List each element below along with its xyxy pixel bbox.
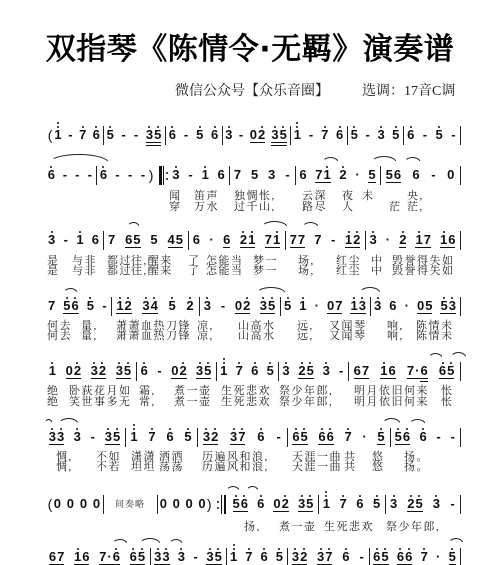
octave-dot-icon	[205, 428, 207, 430]
slur-arc	[261, 221, 288, 228]
beam-group: 66	[318, 430, 333, 445]
octave-dot-icon	[187, 428, 189, 430]
note: 6	[419, 430, 426, 444]
bar-line	[385, 495, 386, 514]
beam-group: 67	[354, 364, 369, 379]
beam-group: 32	[292, 550, 307, 565]
rest: 0	[80, 497, 87, 511]
note: 5	[204, 364, 211, 378]
measure: 6---)	[96, 168, 158, 182]
bar-line	[150, 548, 151, 565]
augmentation-dot: ·	[315, 299, 319, 313]
note: 3	[433, 497, 440, 511]
bar-line	[197, 428, 198, 447]
beam-group: 16	[380, 364, 395, 379]
beam-group: 07	[327, 299, 342, 314]
lyric-segment: 祭少年郎,	[279, 396, 333, 408]
lyric-segment: 不若	[96, 461, 121, 473]
measure: (1-76	[44, 128, 103, 142]
bar-line	[460, 166, 461, 185]
measure: (0000	[44, 497, 103, 511]
octave-dot-icon	[309, 362, 311, 364]
beam-group: 37	[317, 550, 332, 565]
note: 7	[345, 430, 352, 444]
measure: 123452	[111, 299, 199, 313]
octave-dot-icon	[372, 231, 374, 233]
octave-dot-icon	[326, 166, 328, 168]
lyric-segment: 场,	[298, 265, 315, 277]
bar-line	[165, 126, 166, 145]
octave-dot-icon	[209, 548, 211, 550]
beam-group: 33	[49, 430, 64, 445]
close-paren: )	[148, 168, 154, 182]
octave-dot-icon	[443, 297, 445, 299]
note: 2	[339, 168, 346, 182]
octave-dot-icon	[109, 126, 111, 128]
note: 3	[48, 233, 55, 247]
note: 1	[273, 233, 280, 247]
beam-group: 77	[290, 233, 305, 248]
note: 3	[230, 430, 237, 444]
note: 5	[368, 168, 375, 182]
bar-line	[188, 231, 189, 250]
slur-arc	[302, 222, 319, 228]
note: 2	[240, 233, 247, 247]
note: 6	[211, 128, 218, 142]
lyric-segment: 茫	[389, 201, 402, 213]
note: 7	[407, 364, 414, 378]
octave-dot-icon	[143, 362, 145, 364]
beam-group: 35	[116, 364, 131, 379]
note: 7	[57, 550, 64, 564]
dash: -	[193, 550, 198, 564]
lyric-segment: 与非	[72, 265, 97, 277]
rest: 0	[273, 497, 280, 511]
note: 3	[74, 430, 81, 444]
note: 1	[76, 233, 83, 247]
note: 2	[282, 497, 289, 511]
octave-dot-icon	[320, 548, 322, 550]
octave-dot-icon	[50, 166, 52, 168]
note: 5	[169, 299, 176, 313]
note: 6	[49, 550, 56, 564]
measure: 6---	[44, 168, 96, 182]
octave-dot-icon	[51, 362, 53, 364]
note: 6	[354, 364, 361, 378]
note: 3	[282, 364, 289, 378]
octave-dot-icon	[77, 548, 79, 550]
lyric-segment: 祭少年郎,	[386, 521, 440, 533]
beam-group: 02	[273, 497, 288, 512]
augmentation-dot: ·	[355, 168, 359, 182]
rest: 0	[417, 299, 424, 313]
bar-line	[285, 231, 286, 250]
dash: -	[87, 168, 92, 182]
octave-dot-icon	[57, 122, 59, 124]
octave-dot-icon	[356, 231, 358, 233]
octave-dot-icon	[141, 548, 143, 550]
lyric-segment: 穿	[169, 201, 182, 213]
note: 1	[130, 430, 137, 444]
note: 6	[407, 128, 414, 142]
note: 3	[268, 168, 275, 182]
beam-group: 65	[292, 430, 307, 445]
lyric-segment: 荡荡	[159, 461, 184, 473]
lyric-segment: 生死悲欢	[221, 396, 271, 408]
measure: 32376-	[287, 550, 369, 564]
note: 1	[440, 233, 447, 247]
augmentation-dot: ·	[386, 233, 390, 247]
rest: 0	[160, 497, 167, 511]
note: 7	[314, 233, 321, 247]
note: 1	[202, 168, 209, 182]
octave-dot-icon	[260, 495, 262, 497]
note: 5	[306, 497, 313, 511]
note: 5	[381, 550, 388, 564]
note: 3	[260, 299, 267, 313]
octave-dot-icon	[228, 126, 230, 128]
measure: 566--	[390, 430, 460, 444]
octave-dot-icon	[66, 297, 68, 299]
octave-dot-icon	[246, 297, 248, 299]
rest: 0	[447, 168, 454, 182]
slur-arc	[44, 419, 53, 425]
lyric-segment: 山高水	[238, 330, 276, 342]
measure: 3-16	[44, 233, 103, 247]
octave-dot-icon	[127, 297, 129, 299]
note: 7	[325, 550, 332, 564]
octave-dot-icon	[353, 297, 355, 299]
octave-dot-icon	[180, 548, 182, 550]
bar-line	[199, 297, 200, 316]
note: 3	[162, 550, 169, 564]
note: 6	[373, 550, 380, 564]
lyric-segment: 梦一	[253, 265, 278, 277]
note: 6	[113, 550, 120, 564]
lyric-segment: 陈情未	[416, 330, 454, 342]
dash: -	[239, 128, 244, 142]
rest: 0	[54, 497, 61, 511]
measure: 1765	[318, 497, 385, 511]
sheet-music-page: 双指琴《陈情令·无羁》演奏谱 微信公众号【众乐音圈】 选调：17音C调 (1-7…	[0, 0, 500, 565]
octave-dot-icon	[127, 362, 129, 364]
beam-group: 56	[63, 299, 78, 314]
note: 3	[203, 430, 210, 444]
octave-dot-icon	[263, 548, 265, 550]
note: 3	[359, 299, 366, 313]
octave-dot-icon	[302, 297, 304, 299]
note: 5	[395, 430, 402, 444]
measure: 间奏略	[103, 497, 157, 511]
octave-dot-icon	[119, 297, 121, 299]
rest: 0	[67, 497, 74, 511]
octave-dot-icon	[115, 548, 117, 550]
note: 5	[87, 299, 94, 313]
note: 6	[397, 550, 404, 564]
bar-line	[390, 428, 391, 447]
bar-line	[103, 231, 104, 250]
octave-dot-icon	[274, 126, 276, 128]
note: 1	[116, 299, 123, 313]
octave-dot-icon	[296, 126, 298, 128]
note: 5	[436, 128, 443, 142]
close-paren: )	[206, 497, 212, 511]
octave-dot-icon	[235, 495, 237, 497]
measure: 6-0235	[136, 364, 216, 378]
note: 3	[374, 299, 381, 313]
note: 6	[261, 550, 268, 564]
note: 6	[100, 168, 107, 182]
octave-dot-icon	[102, 166, 104, 168]
note: 4	[168, 233, 175, 247]
rest: 0	[250, 128, 257, 142]
measure: 3253-	[278, 364, 348, 378]
note: 3	[225, 128, 232, 142]
note: 5	[280, 128, 287, 142]
octave-dot-icon	[157, 548, 159, 550]
lyric-segment: 扬。	[404, 461, 429, 473]
dash: -	[331, 233, 336, 247]
octave-dot-icon	[153, 297, 155, 299]
dash: -	[134, 128, 139, 142]
note: 6	[403, 430, 410, 444]
interlude-label: 间奏略	[115, 499, 145, 509]
rest: 0	[173, 497, 180, 511]
lyric-segment: 茫,	[407, 201, 424, 213]
note: 3	[154, 550, 161, 564]
note: 5	[184, 430, 191, 444]
rest: 0	[235, 299, 242, 313]
repeat-dot-icon	[217, 507, 219, 509]
lyric-segment: 都过	[107, 265, 132, 277]
note: 7	[108, 233, 115, 247]
octave-dot-icon	[204, 166, 206, 168]
note: 6	[356, 497, 363, 511]
octave-dot-icon	[342, 495, 344, 497]
octave-dot-icon	[423, 548, 425, 550]
octave-dot-icon	[118, 362, 120, 364]
octave-dot-icon	[145, 297, 147, 299]
octave-dot-icon	[89, 297, 91, 299]
dash: -	[75, 168, 80, 182]
bar-line	[460, 428, 461, 447]
lyric-segment: 人	[342, 201, 355, 213]
note: 3	[292, 550, 299, 564]
beam-group: 53	[440, 299, 455, 314]
beam-group: 35	[206, 550, 221, 565]
dash: -	[450, 497, 455, 511]
note: 2	[399, 233, 406, 247]
octave-dot-icon	[384, 548, 386, 550]
octave-dot-icon	[408, 548, 410, 550]
note: 5	[276, 550, 283, 564]
beam-group: 5	[368, 168, 375, 183]
lyric-segment: 中	[371, 265, 384, 277]
octave-dot-icon	[276, 231, 278, 233]
measure: 67167·665	[348, 364, 460, 378]
note: 1	[415, 233, 422, 247]
note: 6	[125, 233, 132, 247]
beam-group: 67	[49, 550, 64, 565]
slur-arc	[359, 287, 381, 294]
beam-group: 35	[271, 128, 286, 143]
note: 7	[48, 299, 55, 313]
note: 3	[105, 430, 112, 444]
octave-dot-icon	[376, 548, 378, 550]
measure: 0000)	[157, 497, 215, 511]
note: 6	[388, 364, 395, 378]
slur-arc	[49, 154, 109, 163]
note: 6	[394, 168, 401, 182]
note: 6	[420, 364, 427, 378]
octave-dot-icon	[57, 126, 59, 128]
octave-dot-icon	[223, 362, 225, 364]
note: 5	[386, 168, 393, 182]
dash: -	[102, 299, 107, 313]
beam-group: 56	[233, 497, 248, 512]
octave-dot-icon	[214, 126, 216, 128]
beam-group: 56	[395, 430, 410, 445]
slur-arc	[226, 486, 240, 492]
beam-group: 35	[105, 430, 120, 445]
beam-group: 35	[298, 497, 313, 512]
note: 5	[373, 497, 380, 511]
beam-group: 65	[373, 550, 388, 565]
beam-group: 33	[154, 550, 169, 565]
octave-dot-icon	[171, 126, 173, 128]
octave-dot-icon	[93, 362, 95, 364]
lyric-segment: 过千山,	[234, 201, 276, 213]
bar-line	[278, 362, 279, 381]
measure: 777-12	[285, 233, 365, 247]
slur-arc	[246, 486, 259, 492]
augmentation-dot: ·	[436, 550, 440, 564]
octave-dot-icon	[303, 428, 305, 430]
note: 7	[424, 233, 431, 247]
note: 1	[294, 128, 301, 142]
repeat-dot-icon	[217, 501, 219, 503]
measure: 6712·5	[295, 168, 380, 182]
measure: 1765	[125, 430, 197, 444]
octave-dot-icon	[380, 428, 382, 430]
dash: -	[220, 299, 225, 313]
note: 3	[271, 128, 278, 142]
note: 3	[196, 364, 203, 378]
note: 5	[150, 233, 157, 247]
lyric-segment: 怅	[441, 396, 454, 408]
bar-line	[280, 297, 281, 316]
beam-group: 66	[397, 550, 412, 565]
slur-arc	[382, 418, 401, 425]
note: 5	[425, 299, 432, 313]
note: 3	[178, 550, 185, 564]
repeat-dot-icon	[166, 172, 168, 174]
dash: -	[422, 128, 427, 142]
note: 3	[390, 497, 397, 511]
lyric-segment: 怎能当	[206, 265, 244, 277]
lyric-segment: 浪,	[252, 461, 269, 473]
note: 2	[186, 299, 193, 313]
augmentation-dot: ·	[362, 430, 366, 444]
note: 2	[407, 497, 414, 511]
thin-bar-line	[221, 495, 222, 514]
octave-dot-icon	[243, 495, 245, 497]
beam-group: 05	[417, 299, 432, 314]
note: 3	[378, 128, 385, 142]
octave-dot-icon	[199, 362, 201, 364]
note: 3	[57, 430, 64, 444]
beam-group: 02	[66, 364, 81, 379]
octave-dot-icon	[301, 362, 303, 364]
note: 7	[245, 550, 252, 564]
measure: 1765	[226, 550, 287, 564]
note: 2	[298, 364, 305, 378]
octave-dot-icon	[95, 126, 97, 128]
note: 6	[141, 364, 148, 378]
dash: -	[140, 168, 145, 182]
beam-group: 34	[142, 299, 157, 314]
octave-dot-icon	[377, 297, 379, 299]
augmentation-dot: ·	[107, 550, 111, 564]
note: 1	[74, 550, 81, 564]
octave-dot-icon	[79, 231, 81, 233]
augmentation-dot: ·	[209, 233, 213, 247]
note: 1	[350, 299, 357, 313]
note: 1	[380, 364, 387, 378]
note: 1	[323, 497, 330, 511]
dash: -	[184, 128, 189, 142]
octave-dot-icon	[325, 491, 327, 493]
octave-dot-icon	[418, 495, 420, 497]
measure: 3253-	[385, 497, 460, 511]
measure: 1023235	[44, 364, 136, 378]
thin-bar-line	[163, 166, 164, 185]
octave-dot-icon	[101, 362, 103, 364]
beam-group: 6	[223, 233, 230, 248]
lyric-segment: 绝	[47, 396, 60, 408]
bar-line	[287, 548, 288, 565]
bar-line	[295, 166, 296, 185]
dash: -	[62, 168, 67, 182]
note: 4	[151, 299, 158, 313]
octave-dot-icon	[269, 362, 271, 364]
note: 6	[412, 168, 419, 182]
dash: -	[128, 168, 133, 182]
note: 6	[405, 550, 412, 564]
repeat-dot-icon	[166, 178, 168, 180]
octave-dot-icon	[451, 297, 453, 299]
lyric-segment: 明月依旧何来	[354, 396, 429, 408]
lyric-segment: 悠	[372, 461, 385, 473]
note: 2	[74, 364, 81, 378]
octave-dot-icon	[157, 126, 159, 128]
note: 6	[292, 430, 299, 444]
measure: 6-5-	[403, 128, 460, 142]
note: 3	[370, 233, 377, 247]
note: 3	[116, 364, 123, 378]
note: 1	[248, 233, 255, 247]
lyric-segment: 路尽	[302, 201, 327, 213]
octave-dot-icon	[301, 495, 303, 497]
octave-dot-icon	[443, 231, 445, 233]
note: 5	[133, 233, 140, 247]
rest: 0	[171, 364, 178, 378]
octave-dot-icon	[133, 428, 135, 430]
dash: -	[115, 168, 120, 182]
octave-dot-icon	[328, 548, 330, 550]
lyric-segment: 凉,	[197, 330, 214, 342]
octave-dot-icon	[233, 428, 235, 430]
